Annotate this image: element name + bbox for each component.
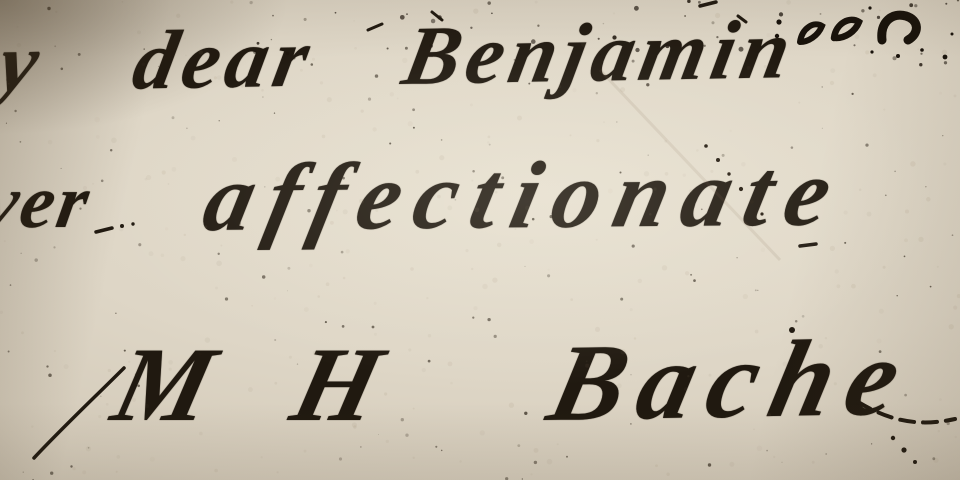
speck xyxy=(743,294,748,299)
speck xyxy=(6,123,7,124)
ink-speck xyxy=(896,54,900,58)
speck xyxy=(885,194,887,196)
speck xyxy=(20,141,22,143)
speck xyxy=(180,256,185,261)
speck xyxy=(309,264,313,268)
speck xyxy=(905,209,909,213)
speck xyxy=(412,108,415,111)
letter-line-2-word: affectionate xyxy=(196,144,854,246)
speck xyxy=(761,248,765,252)
speck xyxy=(919,63,922,66)
speck xyxy=(274,112,275,113)
speck xyxy=(953,306,957,310)
speck xyxy=(108,369,111,372)
speck xyxy=(877,16,880,19)
speck xyxy=(755,289,757,291)
speck xyxy=(262,275,265,278)
ver-trailing-dash xyxy=(96,228,112,232)
speck xyxy=(570,134,572,136)
speck xyxy=(690,274,692,276)
signature-initials: M H xyxy=(104,332,392,438)
speck xyxy=(939,398,942,401)
ink-mark-stroke xyxy=(834,20,859,38)
speck xyxy=(53,246,55,248)
speck xyxy=(372,127,376,131)
speck xyxy=(384,392,387,395)
speck xyxy=(471,268,473,270)
speck xyxy=(374,302,377,305)
speck xyxy=(54,350,56,352)
speck xyxy=(70,465,72,467)
speck xyxy=(910,161,915,166)
speck xyxy=(882,31,885,34)
speck xyxy=(150,457,155,462)
speck xyxy=(944,61,947,64)
speck xyxy=(31,425,33,427)
speck xyxy=(822,86,823,87)
speck xyxy=(757,290,758,291)
ink-speck xyxy=(870,50,873,53)
speck xyxy=(186,127,188,129)
speck xyxy=(932,457,935,460)
speck xyxy=(121,1,123,3)
speck xyxy=(708,463,711,466)
speck xyxy=(830,68,835,73)
speck xyxy=(896,295,897,296)
speck xyxy=(698,1,701,4)
speck xyxy=(687,0,691,3)
speck xyxy=(408,348,411,351)
speck xyxy=(101,180,104,183)
speck xyxy=(325,321,327,323)
speck xyxy=(172,116,175,119)
speck xyxy=(736,257,737,258)
speck xyxy=(341,251,344,254)
speck xyxy=(873,73,877,77)
speck xyxy=(955,416,958,419)
speck xyxy=(883,266,886,269)
speck xyxy=(64,364,69,369)
speck xyxy=(939,92,942,95)
speck xyxy=(957,0,959,1)
speck xyxy=(111,138,117,144)
speck xyxy=(926,197,931,202)
speck xyxy=(322,135,326,139)
speck xyxy=(853,44,855,46)
speck xyxy=(287,267,290,270)
speck xyxy=(428,360,431,363)
speck xyxy=(428,334,431,337)
ink-mark-stroke xyxy=(800,24,822,42)
speck xyxy=(892,56,896,60)
letter-line-2-fragment: ver xyxy=(0,164,97,240)
speck xyxy=(820,13,822,15)
speck xyxy=(620,298,623,301)
speck xyxy=(55,11,57,13)
speck xyxy=(630,308,633,311)
speck xyxy=(110,149,112,151)
speck xyxy=(482,284,487,289)
speck xyxy=(48,140,53,145)
speck xyxy=(326,282,330,286)
speck xyxy=(930,286,932,288)
manuscript-letter-photo: y dear Benjamin ver affectionate M H Bac… xyxy=(0,0,960,480)
speck xyxy=(361,109,364,112)
speck xyxy=(106,403,109,406)
speck xyxy=(82,470,86,474)
speck xyxy=(401,418,404,421)
speck xyxy=(548,269,550,271)
speck xyxy=(162,170,166,174)
speck xyxy=(410,267,414,271)
speck xyxy=(116,455,120,459)
speck xyxy=(225,297,228,300)
speck xyxy=(146,175,151,180)
speck xyxy=(949,324,954,329)
speck xyxy=(918,237,923,242)
speck xyxy=(487,318,490,321)
speck xyxy=(346,249,350,253)
speck xyxy=(879,309,884,314)
speck xyxy=(23,472,24,473)
speck xyxy=(161,254,165,258)
speck xyxy=(547,459,553,465)
speck xyxy=(894,171,895,172)
speck xyxy=(851,284,856,289)
speck xyxy=(0,311,3,314)
speck xyxy=(413,127,415,129)
speck xyxy=(459,460,461,462)
speck xyxy=(616,122,617,123)
speck xyxy=(830,81,834,85)
speck xyxy=(859,189,862,192)
speck xyxy=(413,457,415,459)
speck xyxy=(937,266,939,268)
speck xyxy=(904,256,906,258)
speck xyxy=(47,7,50,10)
speck xyxy=(492,277,497,282)
speck xyxy=(522,478,523,479)
speck xyxy=(836,284,840,288)
speck xyxy=(304,450,307,453)
speck xyxy=(487,1,490,4)
speck xyxy=(534,448,539,453)
speck xyxy=(494,335,497,338)
ver-trailing-dot xyxy=(131,222,134,225)
speck xyxy=(773,456,775,458)
speck xyxy=(851,93,853,95)
speck xyxy=(865,143,868,146)
speck xyxy=(21,331,24,334)
speck xyxy=(867,212,872,217)
speck xyxy=(729,462,734,467)
speck xyxy=(386,440,389,443)
speck xyxy=(274,297,276,299)
speck xyxy=(942,135,943,136)
signature-surname: Bache xyxy=(540,322,924,438)
speck xyxy=(116,471,118,473)
speck xyxy=(98,415,101,418)
speck xyxy=(871,443,872,444)
speck xyxy=(666,473,669,476)
speck xyxy=(909,3,913,7)
speck xyxy=(172,167,177,172)
speck xyxy=(883,109,885,111)
speck xyxy=(945,3,947,5)
speck xyxy=(8,351,10,353)
speck xyxy=(917,48,919,50)
speck xyxy=(782,462,783,463)
speck xyxy=(50,472,53,475)
speck xyxy=(413,408,415,410)
speck xyxy=(219,120,220,121)
speck xyxy=(378,434,379,435)
speck xyxy=(480,430,485,435)
speck xyxy=(88,447,90,449)
speck xyxy=(441,139,443,141)
speck xyxy=(138,243,141,246)
speck xyxy=(100,395,102,397)
speck xyxy=(729,130,731,132)
speck xyxy=(86,446,91,451)
speck xyxy=(46,365,48,367)
speck xyxy=(685,271,689,275)
speck xyxy=(920,53,922,55)
ink-mark-stroke xyxy=(882,15,917,40)
speck xyxy=(214,469,218,473)
speck xyxy=(855,34,860,39)
speck xyxy=(408,121,413,126)
speck xyxy=(822,128,823,129)
speck xyxy=(465,249,468,252)
speck xyxy=(535,1,538,4)
speck xyxy=(947,422,950,425)
speck xyxy=(566,456,568,458)
speck xyxy=(251,1,253,3)
speck xyxy=(943,162,946,165)
speck xyxy=(517,444,520,447)
speck xyxy=(435,446,437,448)
speck xyxy=(812,461,815,464)
speck xyxy=(844,242,846,244)
speck xyxy=(14,110,16,112)
speck xyxy=(34,258,37,261)
speck xyxy=(165,227,168,230)
speck xyxy=(655,464,658,467)
speck xyxy=(94,117,99,122)
speck xyxy=(360,446,361,447)
speck xyxy=(938,430,940,432)
speck xyxy=(879,10,881,12)
speck xyxy=(184,234,186,236)
speck xyxy=(261,456,263,458)
speck xyxy=(317,295,320,298)
speck xyxy=(470,103,473,106)
speck xyxy=(825,453,827,455)
speck xyxy=(339,457,342,460)
speck xyxy=(942,50,947,55)
speck xyxy=(215,287,218,290)
speck xyxy=(218,253,220,255)
speck xyxy=(405,434,408,437)
speck xyxy=(865,50,869,54)
speck xyxy=(757,446,763,452)
speck xyxy=(693,279,696,282)
speck xyxy=(145,178,148,181)
speck xyxy=(517,115,522,120)
speck xyxy=(925,186,926,187)
speck xyxy=(603,121,605,123)
ink-speck xyxy=(868,6,871,9)
speck xyxy=(830,246,835,251)
speck xyxy=(904,238,908,242)
speck xyxy=(933,458,938,463)
ink-speck xyxy=(951,33,954,36)
speck xyxy=(914,4,917,7)
speck xyxy=(473,306,477,310)
ink-speck xyxy=(943,55,948,60)
speck xyxy=(954,436,956,438)
speck xyxy=(230,1,233,4)
speck xyxy=(952,234,954,236)
speck xyxy=(472,317,474,319)
speck xyxy=(250,1,253,4)
speck xyxy=(168,183,170,185)
speck xyxy=(119,227,123,231)
speck xyxy=(509,403,514,408)
speck xyxy=(638,279,642,283)
speck xyxy=(547,274,550,277)
speck xyxy=(277,471,279,473)
speck xyxy=(570,298,573,301)
speck xyxy=(10,284,12,286)
ink-speck xyxy=(920,48,924,52)
speck xyxy=(525,266,526,267)
speck xyxy=(191,136,196,141)
tail-speck xyxy=(901,447,906,452)
tail-speck xyxy=(913,460,917,464)
speck xyxy=(343,277,346,280)
speck xyxy=(662,265,667,270)
speck xyxy=(422,368,426,372)
speck xyxy=(530,473,532,475)
speck xyxy=(766,450,768,452)
speck xyxy=(861,9,864,12)
speck xyxy=(812,36,815,39)
speck xyxy=(216,261,222,267)
speck xyxy=(798,102,800,104)
ver-trailing-dot xyxy=(120,224,124,228)
speck xyxy=(21,253,22,254)
speck xyxy=(426,297,428,299)
speck xyxy=(488,136,491,139)
speck xyxy=(448,362,453,367)
speck xyxy=(835,269,839,273)
speck xyxy=(73,467,76,470)
speck xyxy=(524,412,527,415)
speck xyxy=(450,382,453,385)
speck xyxy=(534,461,537,464)
speck xyxy=(287,290,288,291)
speck xyxy=(251,305,253,307)
speck xyxy=(149,251,154,256)
speck xyxy=(96,135,100,139)
speck xyxy=(844,211,848,215)
speck xyxy=(115,313,116,314)
speck xyxy=(304,307,309,312)
speck xyxy=(954,95,957,98)
letter-line-1: y dear Benjamin xyxy=(0,8,803,106)
speck xyxy=(48,374,52,378)
speck xyxy=(441,450,443,452)
